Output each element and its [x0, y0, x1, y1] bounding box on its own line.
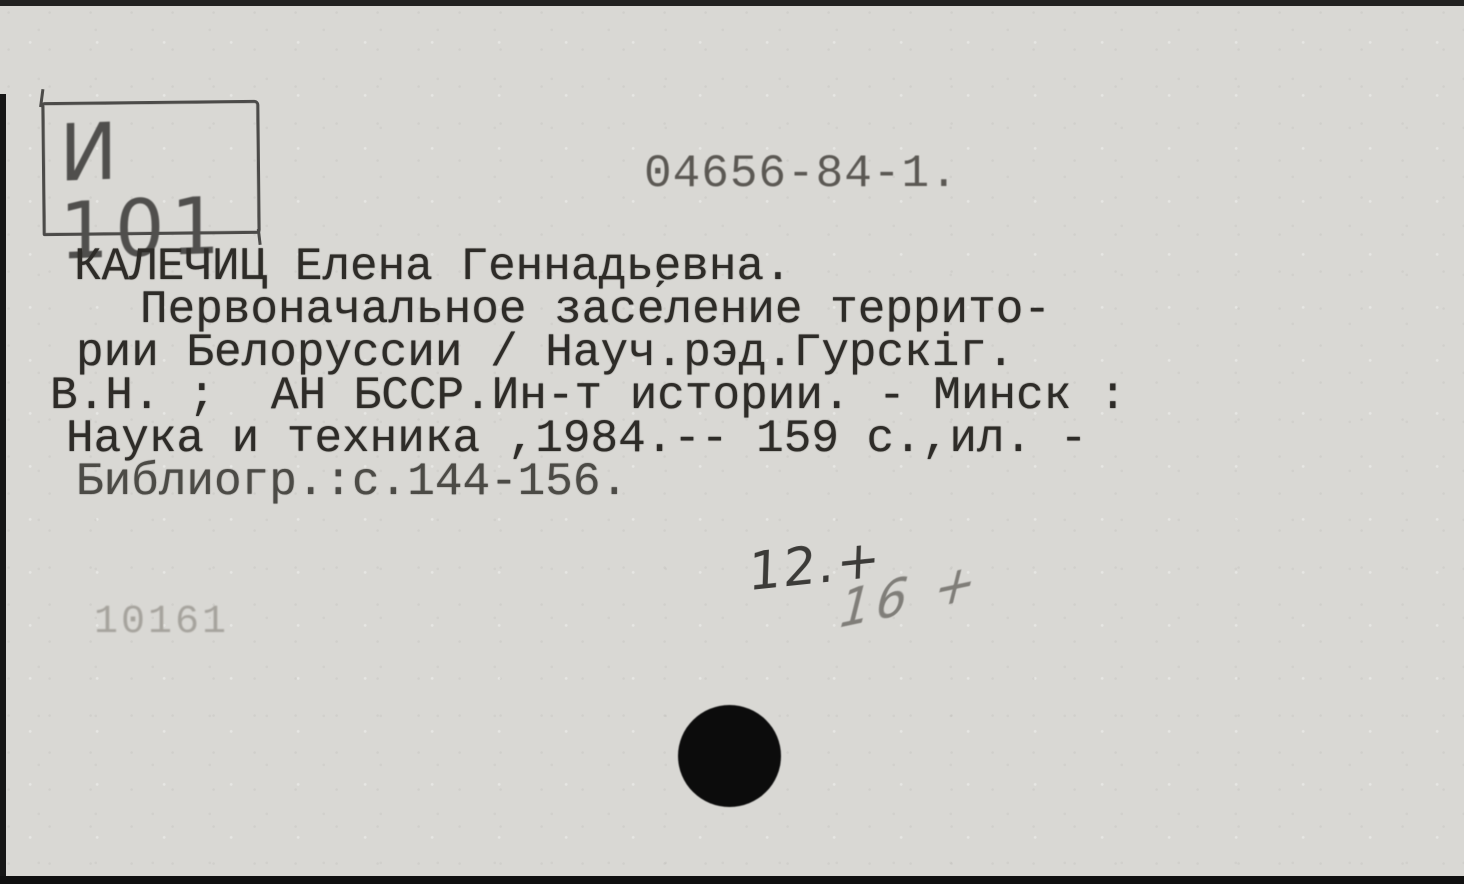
catalog-line-editor: рии Белоруссии / Науч.рэд.Гурскіг.	[76, 332, 1015, 375]
catalog-line-title: Первоначальное засе́ление террито-	[140, 289, 1051, 332]
catalog-line-author: КАЛЕЧИЦ Елена Геннадьевна.	[74, 246, 792, 289]
punch-hole-dot	[678, 705, 781, 807]
catalog-line-bibliography: Библиогр.:с.144-156.	[76, 461, 628, 504]
faded-inventory-number: 10161	[94, 600, 229, 645]
catalog-line-institute: В.Н. ; АН БССР.Ин-т истории. - Минск :	[50, 375, 1127, 418]
catalog-card-scan: И 101 04656-84-1. КАЛЕЧИЦ Елена Геннадье…	[0, 0, 1464, 884]
catalog-entry: КАЛЕЧИЦ Елена Геннадьевна. Первоначально…	[0, 0, 1464, 600]
scan-edge-bottom	[0, 876, 1464, 884]
catalog-line-imprint: Наука и техника ,1984.-- 159 с.,ил. -	[66, 418, 1087, 461]
